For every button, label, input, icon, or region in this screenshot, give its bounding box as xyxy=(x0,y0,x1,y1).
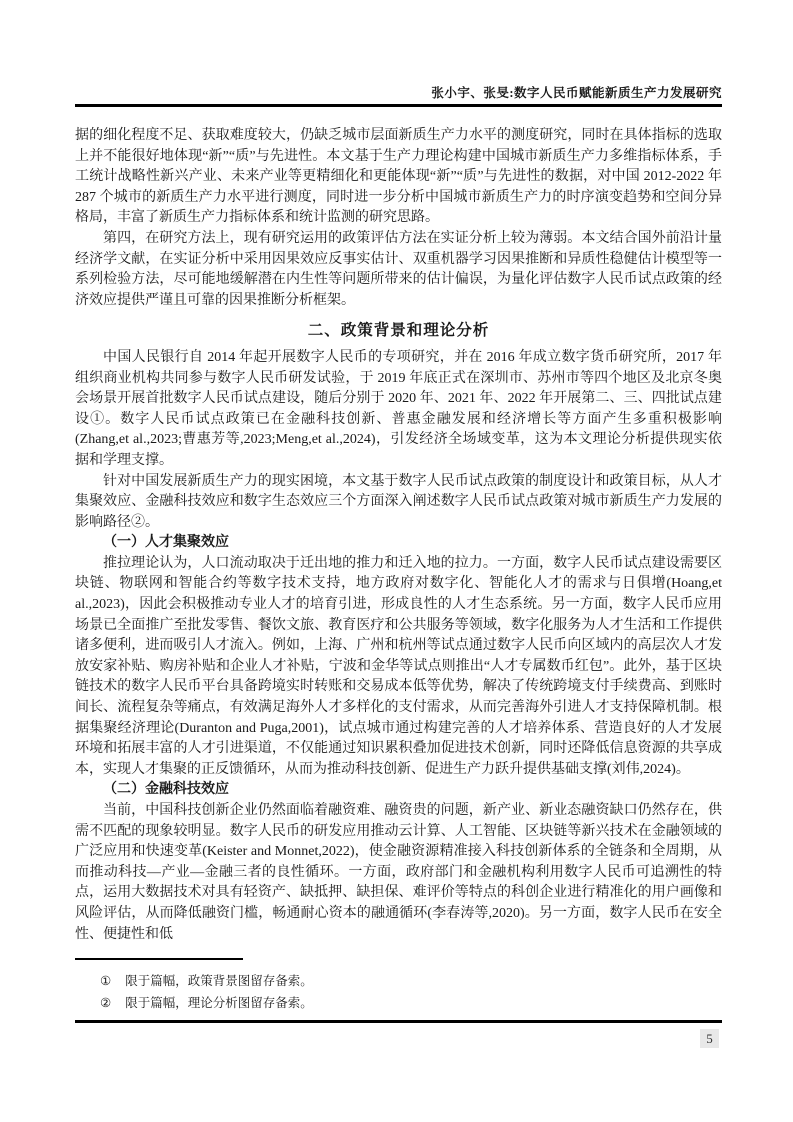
paragraph-continuation: 据的细化程度不足、获取难度较大，仍缺乏城市层面新质生产力水平的测度研究，同时在具… xyxy=(75,126,722,229)
footnote-separator-rule xyxy=(75,958,243,960)
footnote-area: ①限于篇幅，政策背景图留存备索。 ②限于篇幅，理论分析图留存备索。 xyxy=(75,958,722,1014)
footnote-text: 限于篇幅，政策背景图留存备索。 xyxy=(125,974,313,988)
page-body: 据的细化程度不足、获取难度较大，仍缺乏城市层面新质生产力水平的测度研究，同时在具… xyxy=(75,126,722,945)
paragraph-policy-background: 中国人民银行自 2014 年起开展数字人民币的专项研究，并在 2016 年成立数… xyxy=(75,348,722,472)
header-rule xyxy=(75,104,722,107)
paragraph-talent-agglomeration: 推拉理论认为，人口流动取决于迁出地的推力和迁入地的拉力。一方面，数字人民币试点建… xyxy=(75,554,722,781)
footnote-marker: ② xyxy=(100,996,111,1010)
paragraph-fourth-point: 第四，在研究方法上，现有研究运用的政策评估方法在实证分析上较为薄弱。本文结合国外… xyxy=(75,229,722,311)
footnote-marker: ① xyxy=(100,974,111,988)
footnote-item: ①限于篇幅，政策背景图留存备索。 xyxy=(75,970,722,992)
footnote-text: 限于篇幅，理论分析图留存备索。 xyxy=(125,996,313,1010)
running-header-title: 张小宇、张旻:数字人民币赋能新质生产力发展研究 xyxy=(75,83,722,101)
page-number: 5 xyxy=(700,1029,719,1048)
subheading-talent-agglomeration: （一）人才集聚效应 xyxy=(75,533,722,554)
paragraph-fintech-effect: 当前，中国科技创新企业仍然面临着融资难、融资贵的问题，新产业、新业态融资缺口仍然… xyxy=(75,801,722,945)
paper-page: 张小宇、张旻:数字人民币赋能新质生产力发展研究 据的细化程度不足、获取难度较大，… xyxy=(0,0,793,1122)
paragraph-research-paths: 针对中国发展新质生产力的现实困境，本文基于数字人民币试点政策的制度设计和政策目标… xyxy=(75,472,722,534)
subheading-fintech-effect: （二）金融科技效应 xyxy=(75,780,722,801)
footnote-item: ②限于篇幅，理论分析图留存备索。 xyxy=(75,992,722,1014)
footer-rule xyxy=(75,1020,722,1023)
section-heading-policy-theory: 二、政策背景和理论分析 xyxy=(75,321,722,342)
